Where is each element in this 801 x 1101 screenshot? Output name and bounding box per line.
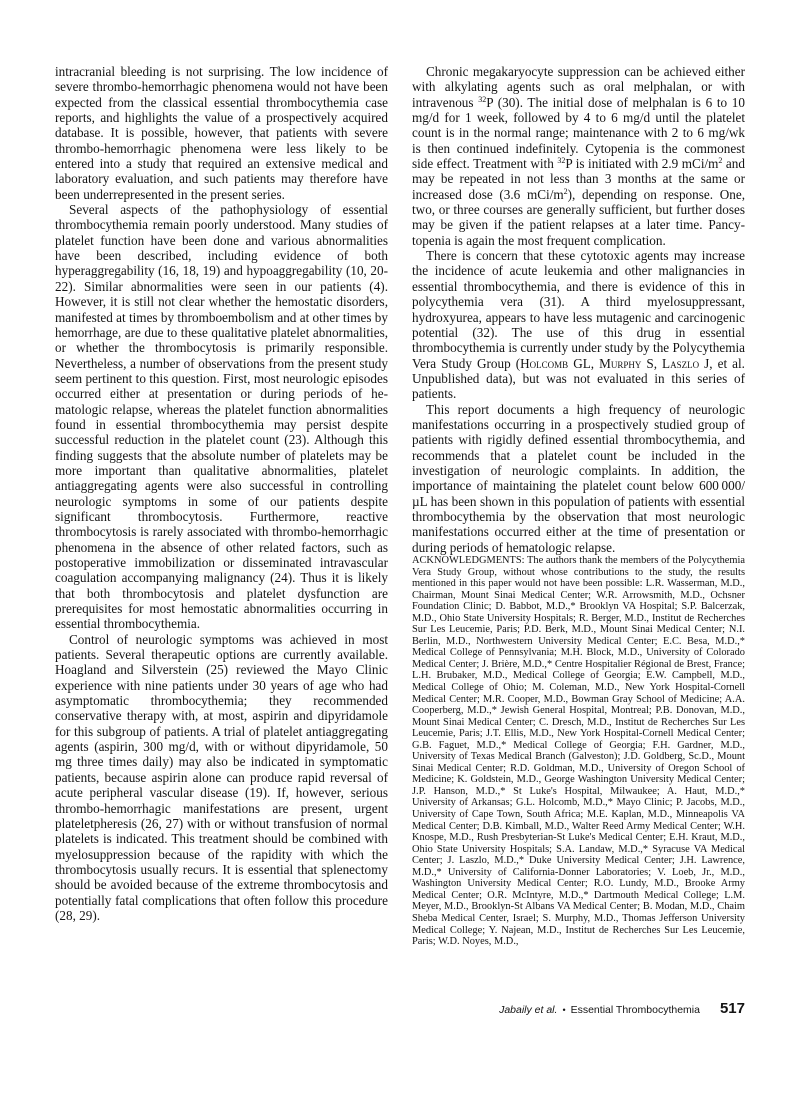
footer-title: Essential Thrombocythemia	[571, 1004, 700, 1016]
paragraph-control-of-symptoms: Control of neurologic symptoms was achie…	[55, 632, 388, 924]
text-run: There is concern that these cytotoxic ag…	[412, 248, 745, 370]
acknowledgments-text: : The authors thank the members of the P…	[412, 555, 745, 947]
small-caps-citation: Holcomb GL, Murphy S, Laszlo J	[520, 356, 709, 371]
page-footer: Jabaily et al.•Essential Thrombocythemia…	[412, 1000, 745, 1017]
acknowledgments-heading: ACKNOWLEDGMENTS	[412, 555, 522, 566]
running-footer: Jabaily et al.•Essential Thrombocythemia	[499, 1004, 700, 1016]
paragraph-megakaryocyte-suppression: Chronic megakaryocyte suppression can be…	[412, 64, 745, 248]
footer-authors: Jabaily et al.	[499, 1004, 557, 1016]
paragraph-conclusion: This report documents a high frequency o…	[412, 402, 745, 555]
page-number: 517	[720, 1000, 745, 1017]
right-column: Chronic megakaryocyte suppression can be…	[412, 64, 745, 948]
paragraph-continued: intracranial bleeding is not surprising.…	[55, 64, 388, 202]
paragraph-cytotoxic-concern: There is concern that these cytotoxic ag…	[412, 248, 745, 401]
paragraph-pathophysiology: Several aspects of the pathophysiology o…	[55, 202, 388, 632]
isotope-superscript: 32	[478, 95, 486, 104]
left-column: intracranial bleeding is not surprising.…	[55, 64, 388, 923]
acknowledgments: ACKNOWLEDGMENTS: The authors thank the m…	[412, 555, 745, 948]
text-run: P is initiated with 2.9 mCi/m	[565, 156, 718, 171]
journal-page: intracranial bleeding is not surprising.…	[0, 0, 801, 1101]
bullet-icon: •	[562, 1005, 565, 1015]
